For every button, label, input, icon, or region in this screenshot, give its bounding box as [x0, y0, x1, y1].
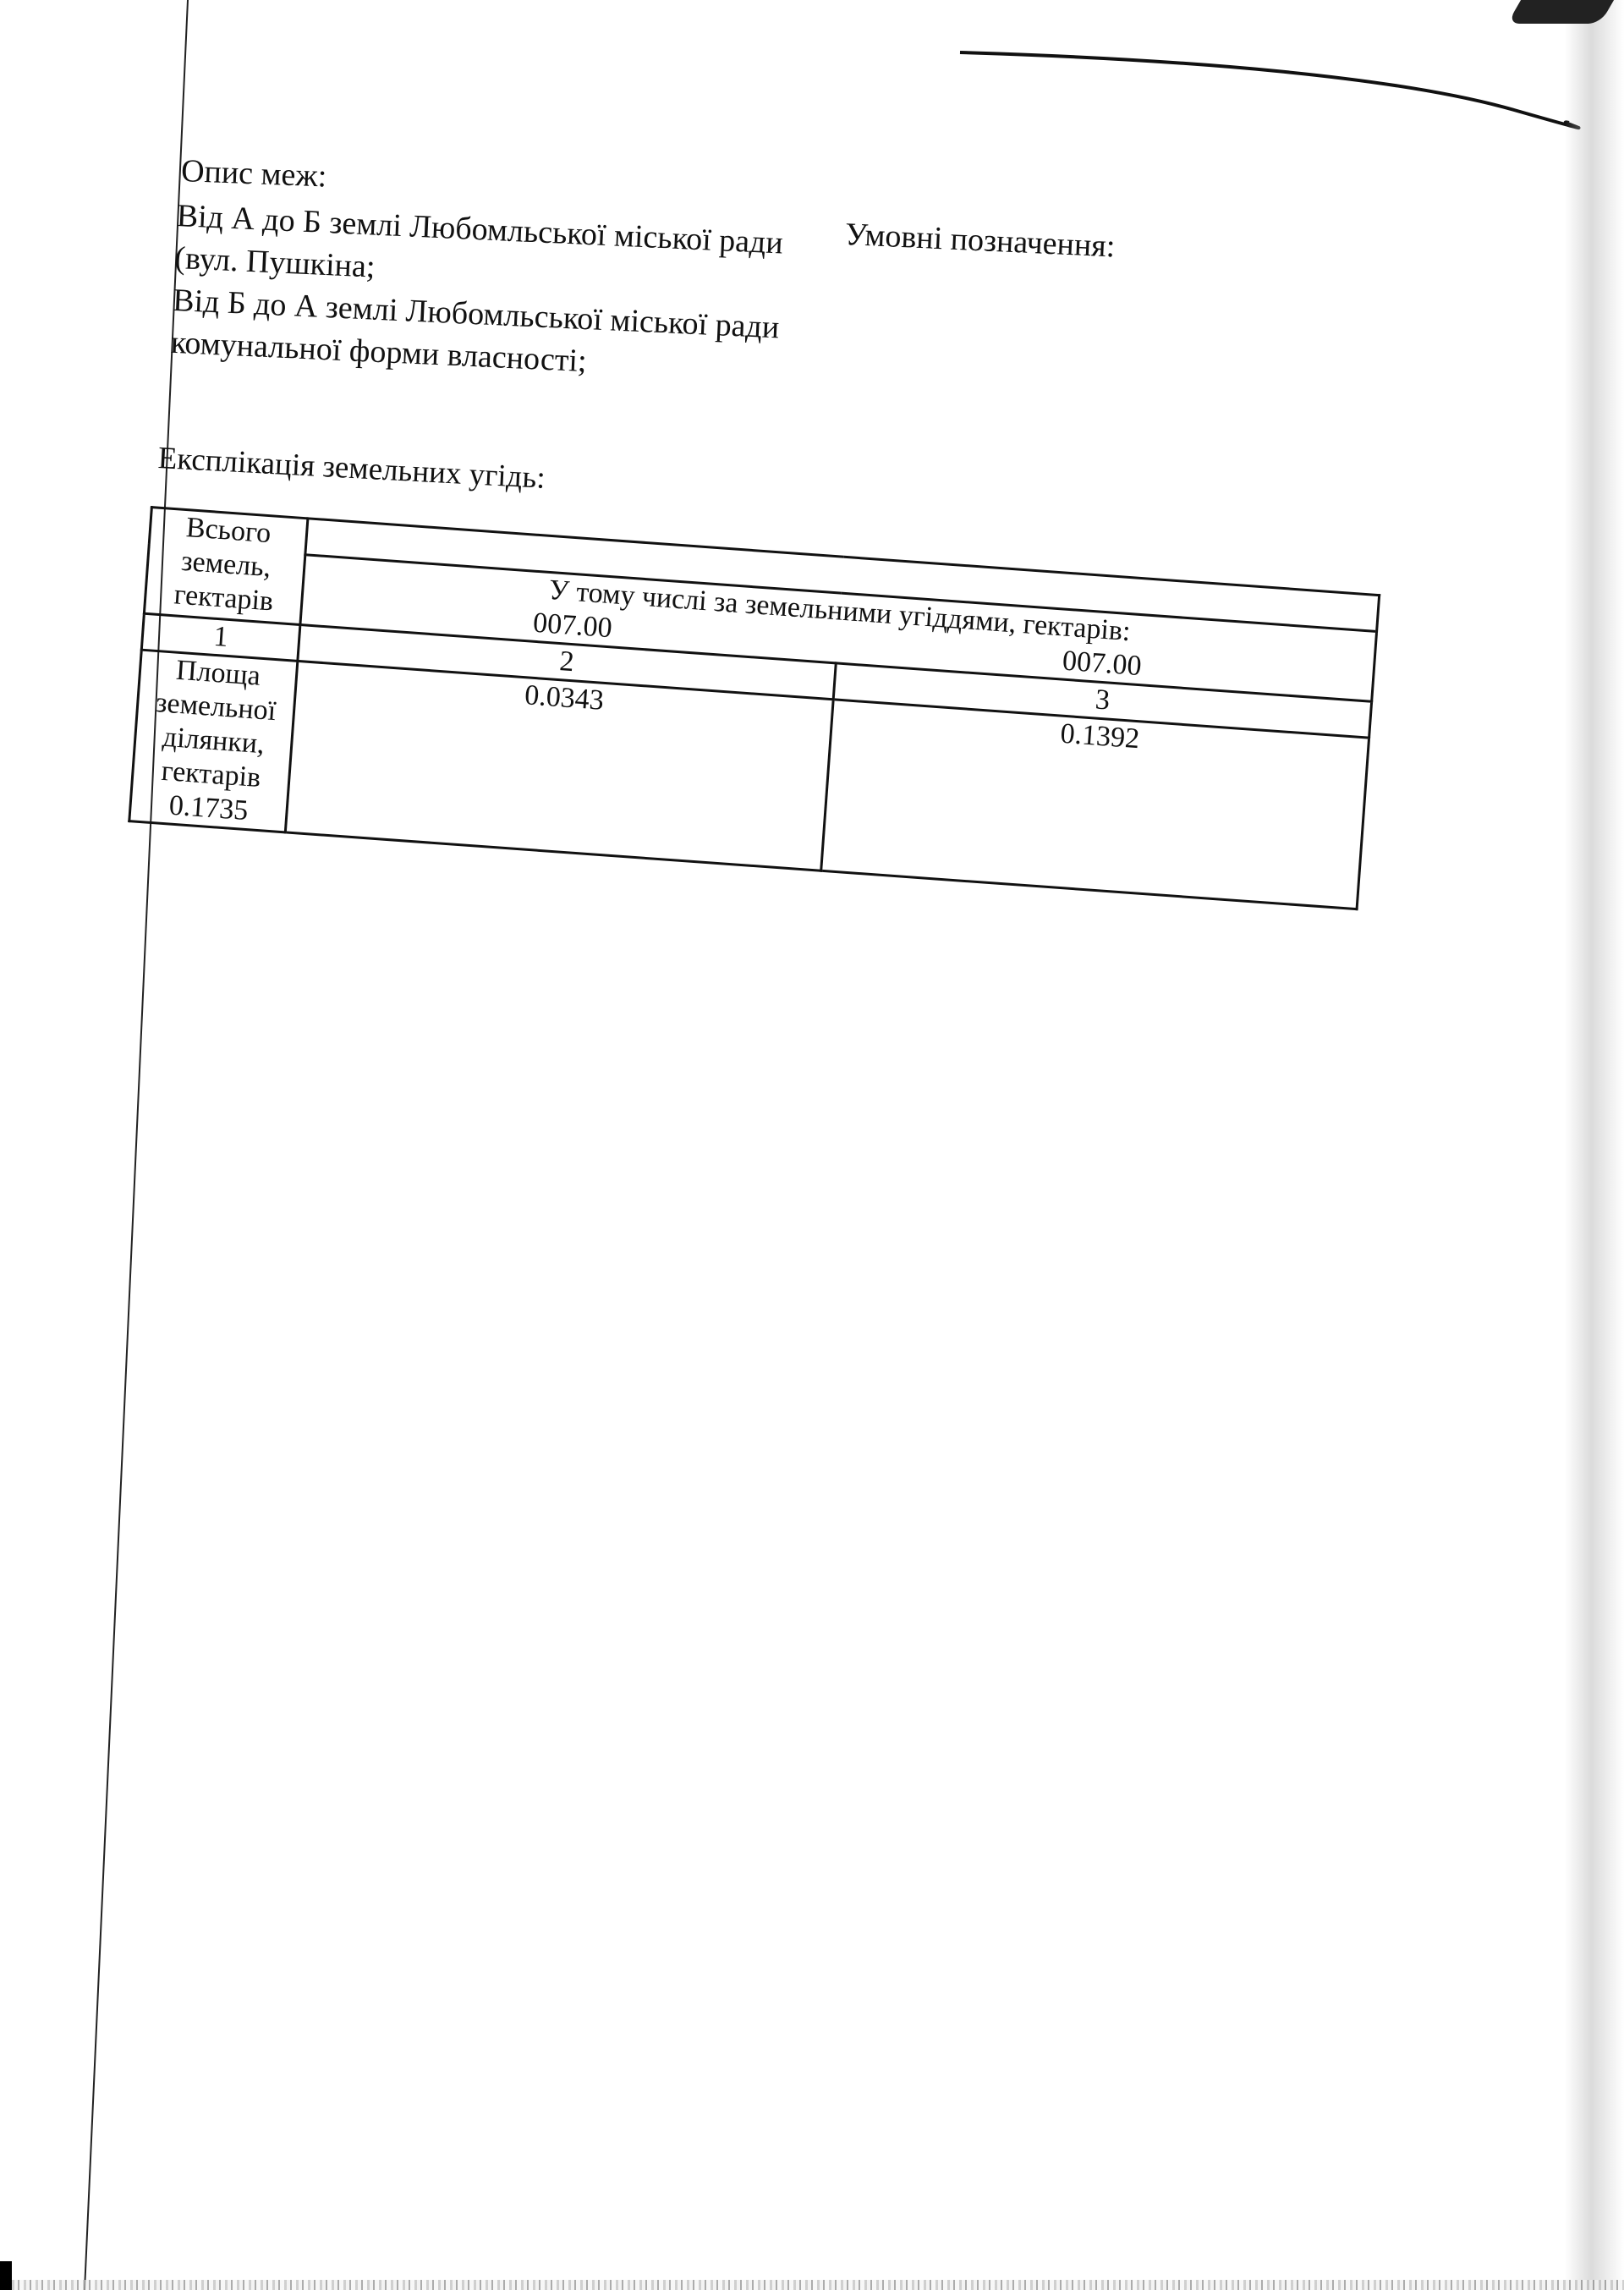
bottom-left-artifact [0, 2261, 12, 2290]
bottom-scan-strip [0, 2280, 1624, 2290]
boundaries-heading: Опис меж: [180, 152, 327, 196]
explication-heading: Експлікація земельних угідь: [157, 440, 546, 497]
explication-table: Всього земель, гектарів У тому числі за … [128, 506, 1380, 910]
boundaries-description: Від А до Б землі Любомльської міської ра… [170, 195, 784, 391]
legend-heading: Умовні позначення: [844, 216, 1116, 266]
row-label-cell: Площа земельної ділянки, гектарів 0.1735 [129, 650, 298, 832]
page-edge-shadow [1565, 0, 1624, 2290]
page-corner-artifact [1507, 0, 1614, 24]
explication-table-wrapper: Всього земель, гектарів У тому числі за … [128, 506, 1380, 910]
total-lands-header: Всього земель, гектарів [144, 508, 308, 625]
